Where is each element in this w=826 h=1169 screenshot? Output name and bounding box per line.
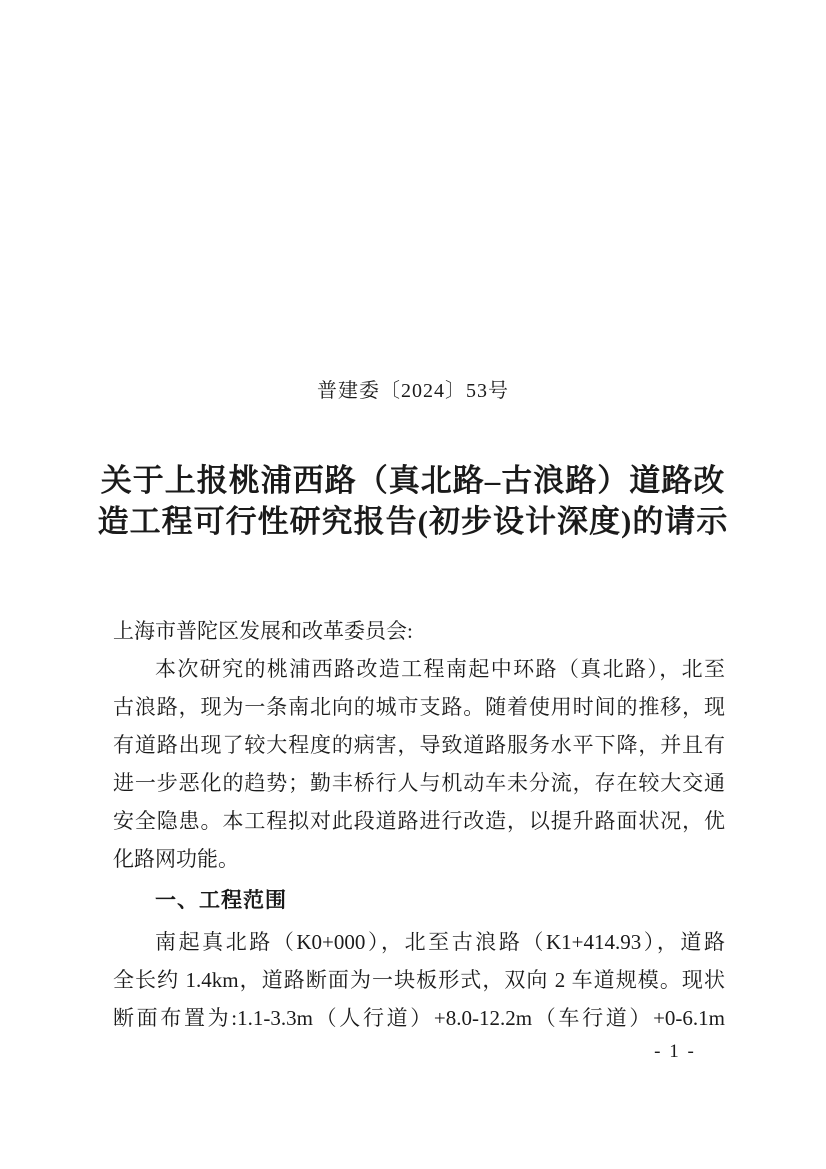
paragraph1-line: 有道路出现了较大程度的病害，导致道路服务水平下降，并且有 [113, 726, 725, 764]
document-body: 上海市普陀区发展和改革委员会: 本次研究的桃浦西路改造工程南起中环路（真北路），… [113, 612, 725, 1037]
paragraph1-line: 进一步恶化的趋势；勤丰桥行人与机动车未分流，存在较大交通 [113, 764, 725, 802]
paragraph1-line: 安全隐患。本工程拟对此段道路进行改造，以提升路面状况，优 [113, 802, 725, 840]
page-number: - 1 - [648, 1041, 702, 1063]
paragraph2-line: 全长约 1.4km，道路断面为一块板形式，双向 2 车道规模。现状 [113, 961, 725, 999]
paragraph1-line: 化路网功能。 [113, 840, 725, 878]
paragraph2-line: 南起真北路（K0+000），北至古浪路（K1+414.93），道路 [113, 923, 725, 961]
paragraph2-line: 断面布置为:1.1-3.3m（人行道）+8.0-12.2m（车行道）+0-6.1… [113, 999, 725, 1037]
document-title: 关于上报桃浦西路（真北路–古浪路）道路改 造工程可行性研究报告(初步设计深度)的… [0, 460, 826, 542]
paragraph1-line: 古浪路，现为一条南北向的城市支路。随着使用时间的推移，现 [113, 688, 725, 726]
document-title-line-1: 关于上报桃浦西路（真北路–古浪路）道路改 [0, 460, 826, 501]
paragraph1-line: 本次研究的桃浦西路改造工程南起中环路（真北路），北至 [113, 650, 725, 688]
section-heading: 一、工程范围 [113, 878, 725, 923]
salutation-line: 上海市普陀区发展和改革委员会: [113, 612, 725, 650]
document-number: 普建委〔2024〕53号 [0, 378, 826, 404]
document-title-line-2: 造工程可行性研究报告(初步设计深度)的请示 [0, 501, 826, 542]
document-page: 普建委〔2024〕53号 关于上报桃浦西路（真北路–古浪路）道路改 造工程可行性… [0, 0, 826, 1169]
